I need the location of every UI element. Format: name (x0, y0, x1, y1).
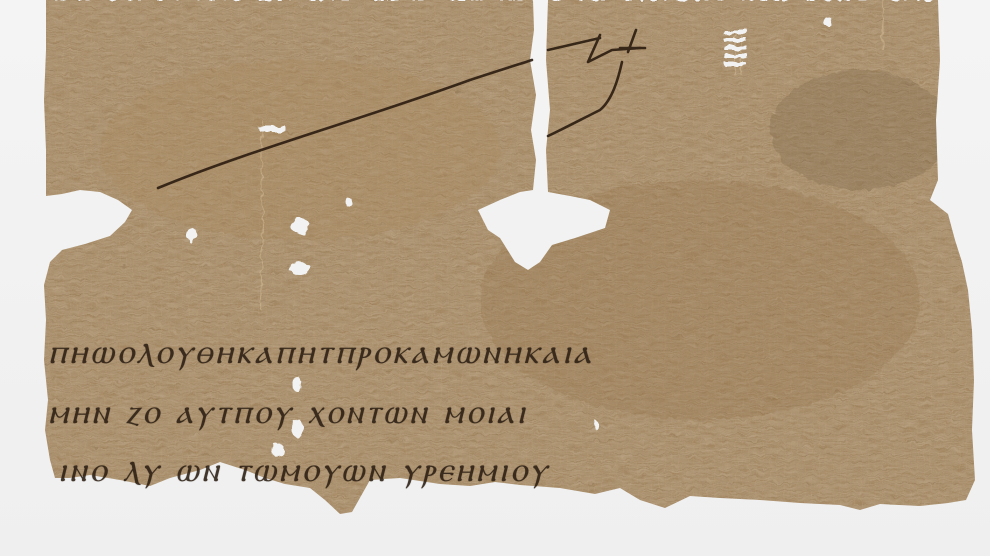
script-line-2: ⲙⲏⲛ ⲍⲟ ⲁⲩⲧⲡⲟⲩ ⲭⲟⲛⲧⲱⲛ ⲙⲟⲓⲁⲓ (48, 392, 528, 432)
photo-scene: ⲡⲏⲱⲟⲗⲟⲩⲑⲏⲕⲁⲡⲏⲧⲡⲣⲟⲕⲁⲙⲱⲛⲏⲕⲁⲓⲁ ⲙⲏⲛ ⲍⲟ ⲁⲩⲧⲡⲟ… (0, 0, 990, 556)
script-line-1: ⲡⲏⲱⲟⲗⲟⲩⲑⲏⲕⲁⲡⲏⲧⲡⲣⲟⲕⲁⲙⲱⲛⲏⲕⲁⲓⲁ (48, 332, 594, 372)
script-line-3: ⲓⲛⲟ ⲗⲩ ⲱⲛ ⲧⲱⲙⲟⲩⲱⲛ ⲩⲣⲉⲏⲙⲓⲟⲩ (58, 450, 550, 490)
papyrus-fragment: ⲡⲏⲱⲟⲗⲟⲩⲑⲏⲕⲁⲡⲏⲧⲡⲣⲟⲕⲁⲙⲱⲛⲏⲕⲁⲓⲁ ⲙⲏⲛ ⲍⲟ ⲁⲩⲧⲡⲟ… (0, 0, 990, 556)
